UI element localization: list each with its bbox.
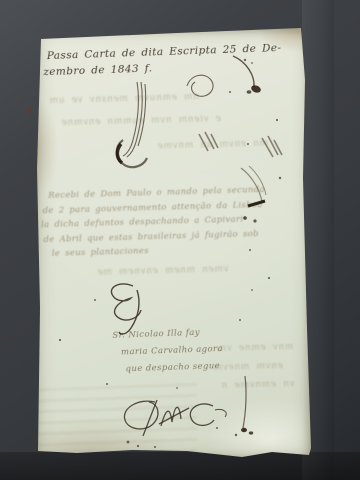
ink-specks	[59, 59, 281, 448]
ornate-initial	[111, 284, 141, 334]
red-fleck	[27, 108, 31, 113]
rubric-flourish	[117, 82, 147, 167]
pen-stroke-with-blot	[233, 56, 262, 94]
backdrop-bottom-shadow	[0, 452, 360, 480]
ink-marks-layer	[37, 28, 311, 457]
manuscript-page: nm emnuvm mensnv ve um e vienm nvm eummn…	[37, 28, 311, 457]
monogram-pmc	[124, 400, 226, 436]
hatch-marks	[199, 132, 282, 157]
date-flourish-swirl	[187, 75, 213, 96]
margin-pen-strokes	[241, 166, 266, 223]
bottom-pen-stroke-blots	[235, 376, 253, 436]
photo-backdrop: nm emnuvm mensnv ve um e vienm nvm eummn…	[0, 0, 360, 480]
